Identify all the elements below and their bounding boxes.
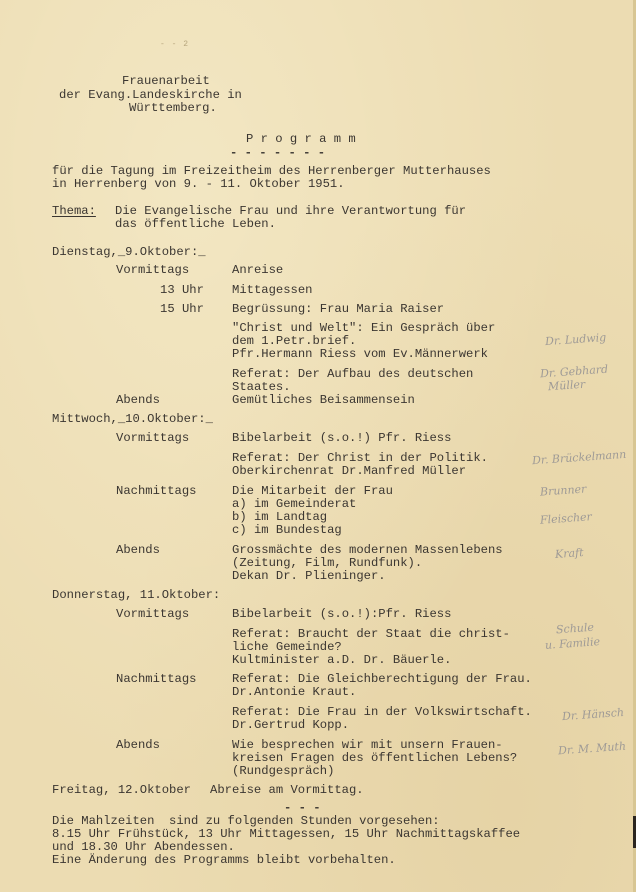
- time-label: Vormittags: [116, 432, 189, 445]
- handwritten-note: Dr. M. Muth: [558, 740, 627, 758]
- handwritten-note: Dr. Brückelmann: [532, 448, 627, 468]
- program-entry: (Rundgespräch): [232, 765, 334, 778]
- handwritten-note: u. Familie: [545, 635, 601, 652]
- program-entry: Dr.Antonie Kraut.: [232, 686, 356, 699]
- footer-line-4: Eine Änderung des Programms bleibt vorbe…: [52, 854, 396, 867]
- intro-line-1: für die Tagung im Freizeitheim des Herre…: [52, 165, 491, 178]
- handwritten-note: Fleischer: [540, 510, 593, 527]
- time-label: Vormittags: [116, 608, 189, 621]
- time-label: 15 Uhr: [160, 303, 204, 316]
- program-entry: Gemütliches Beisammensein: [232, 394, 415, 407]
- program-entry: Referat: Die Frau in der Volkswirtschaft…: [232, 706, 532, 719]
- program-entry: dem 1.Petr.brief.: [232, 335, 356, 348]
- time-label: Abends: [116, 544, 160, 557]
- program-entry: a) im Gemeinderat: [232, 498, 356, 511]
- program-entry: Pfr.Hermann Riess vom Ev.Männerwerk: [232, 348, 488, 361]
- program-entry: Oberkirchenrat Dr.Manfred Müller: [232, 465, 466, 478]
- program-entry: Grossmächte des modernen Massenlebens: [232, 544, 503, 557]
- document-title: P r o g r a m m: [246, 133, 356, 146]
- footer-line-2: 8.15 Uhr Frühstück, 13 Uhr Mittagessen, …: [52, 828, 520, 841]
- handwritten-note: Dr. Hänsch: [562, 706, 625, 723]
- intro-line-2: in Herrenberg von 9. - 11. Oktober 1951.: [52, 178, 345, 191]
- time-label: Nachmittags: [116, 485, 196, 498]
- org-line-1: Frauenarbeit: [122, 75, 210, 88]
- program-entry: Referat: Der Aufbau des deutschen: [232, 368, 473, 381]
- footer-line-3: und 18.30 Uhr Abendessen.: [52, 841, 235, 854]
- program-entry: Die Mitarbeit der Frau: [232, 485, 393, 498]
- org-line-2: der Evang.Landeskirche in: [59, 89, 242, 102]
- handwritten-note: Dr. Ludwig: [545, 331, 607, 348]
- program-entry: Referat: Braucht der Staat die christ-: [232, 628, 510, 641]
- handwritten-note: Müller: [548, 378, 586, 394]
- program-entry: Wie besprechen wir mit unsern Frauen-: [232, 739, 503, 752]
- title-underline: - - - - - - -: [230, 147, 325, 160]
- day-heading-thursday: Donnerstag, 11.Oktober:: [52, 589, 220, 602]
- theme-line-2: das öffentliche Leben.: [115, 218, 276, 231]
- separator: - - -: [284, 802, 321, 815]
- program-entry: Referat: Die Gleichberechtigung der Frau…: [232, 673, 532, 686]
- program-entry: Dekan Dr. Plieninger.: [232, 570, 386, 583]
- program-entry: Mittagessen: [232, 284, 312, 297]
- handwritten-note: Brunner: [540, 482, 587, 498]
- program-entry: b) im Landtag: [232, 511, 327, 524]
- time-label: Abends: [116, 394, 160, 407]
- program-entry: c) im Bundestag: [232, 524, 342, 537]
- day-heading-tuesday: Dienstag,_9.Oktober:_: [52, 246, 206, 259]
- handwritten-note: Schule: [556, 621, 595, 637]
- program-entry: kreisen Fragen des öffentlichen Lebens?: [232, 752, 517, 765]
- page-mark: - - 2: [160, 40, 189, 49]
- time-label: Vormittags: [116, 264, 189, 277]
- day-heading-wednesday: Mittwoch,_10.Oktober:_: [52, 413, 213, 426]
- program-entry: Anreise: [232, 264, 283, 277]
- time-label: 13 Uhr: [160, 284, 204, 297]
- program-entry: Abreise am Vormittag.: [210, 784, 364, 797]
- program-entry: liche Gemeinde?: [232, 641, 342, 654]
- org-line-3: Württemberg.: [129, 102, 217, 115]
- program-entry: Bibelarbeit (s.o.!):Pfr. Riess: [232, 608, 451, 621]
- program-entry: Dr.Gertrud Kopp.: [232, 719, 349, 732]
- program-entry: Staates.: [232, 381, 291, 394]
- program-entry: (Zeitung, Film, Rundfunk).: [232, 557, 422, 570]
- day-heading-friday: Freitag, 12.Oktober: [52, 784, 191, 797]
- footer-line-1: Die Mahlzeiten sind zu folgenden Stunden…: [52, 815, 440, 828]
- program-entry: Referat: Der Christ in der Politik.: [232, 452, 488, 465]
- program-entry: Bibelarbeit (s.o.!) Pfr. Riess: [232, 432, 451, 445]
- handwritten-note: Kraft: [555, 546, 584, 561]
- program-entry: "Christ und Welt": Ein Gespräch über: [232, 322, 495, 335]
- time-label: Abends: [116, 739, 160, 752]
- program-entry: Kultminister a.D. Dr. Bäuerle.: [232, 654, 451, 667]
- time-label: Nachmittags: [116, 673, 196, 686]
- document-page: - - 2 Frauenarbeit der Evang.Landeskirch…: [0, 0, 636, 892]
- program-entry: Begrüssung: Frau Maria Raiser: [232, 303, 444, 316]
- theme-label: Thema:: [52, 205, 96, 218]
- theme-line-1: Die Evangelische Frau und ihre Verantwor…: [115, 205, 466, 218]
